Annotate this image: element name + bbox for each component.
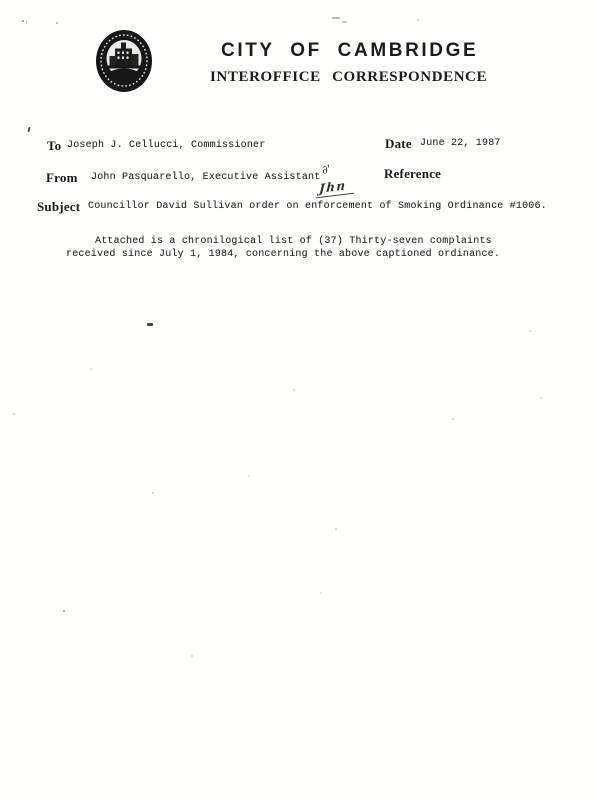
document-subtitle: INTEROFFICE CORRESPONDENCE [210,69,487,86]
subject-label: Subject [37,199,80,215]
scan-speck [191,655,193,657]
scan-speck [335,528,337,530]
subject-value: Councillor David Sullivan order on enfor… [88,201,547,212]
body-line-1: Attached is a chronilogical list of (37)… [95,236,492,247]
city-of-cambridge-seal-icon [95,29,153,93]
to-value: Joseph J. Cellucci, Commissioner [67,140,265,151]
from-label: From [46,170,78,186]
scan-speck [27,127,30,132]
scan-speck [147,323,153,326]
document-title: CITY OF CAMBRIDGE [221,40,478,62]
from-value: John Pasquarello, Executive Assistant [91,172,320,183]
scan-speck [529,330,531,332]
date-value: June 22, 1987 [420,138,501,149]
scan-speck [452,418,454,420]
scan-speck [332,17,340,19]
scan-speck [540,397,542,399]
scan-speck [13,413,15,415]
scan-speck [248,475,250,477]
scan-speck [342,21,347,23]
scan-speck [22,20,24,22]
scan-speck [63,610,65,612]
document-page: CITY OF CAMBRIDGE INTEROFFICE CORRESPOND… [0,0,594,800]
scan-speck [26,21,27,23]
to-label: To [47,138,61,154]
scan-speck [293,389,295,391]
scan-speck [152,492,154,494]
scan-speck [90,368,92,370]
scan-speck [320,592,322,594]
scan-speck [417,19,419,21]
scan-speck [56,22,58,24]
body-line-2: received since July 1, 1984, concerning … [66,249,500,260]
seal-graphic [95,29,153,93]
date-label: Date [385,136,412,152]
handwritten-initials: ∂' [321,162,332,177]
reference-label: Reference [384,166,441,182]
